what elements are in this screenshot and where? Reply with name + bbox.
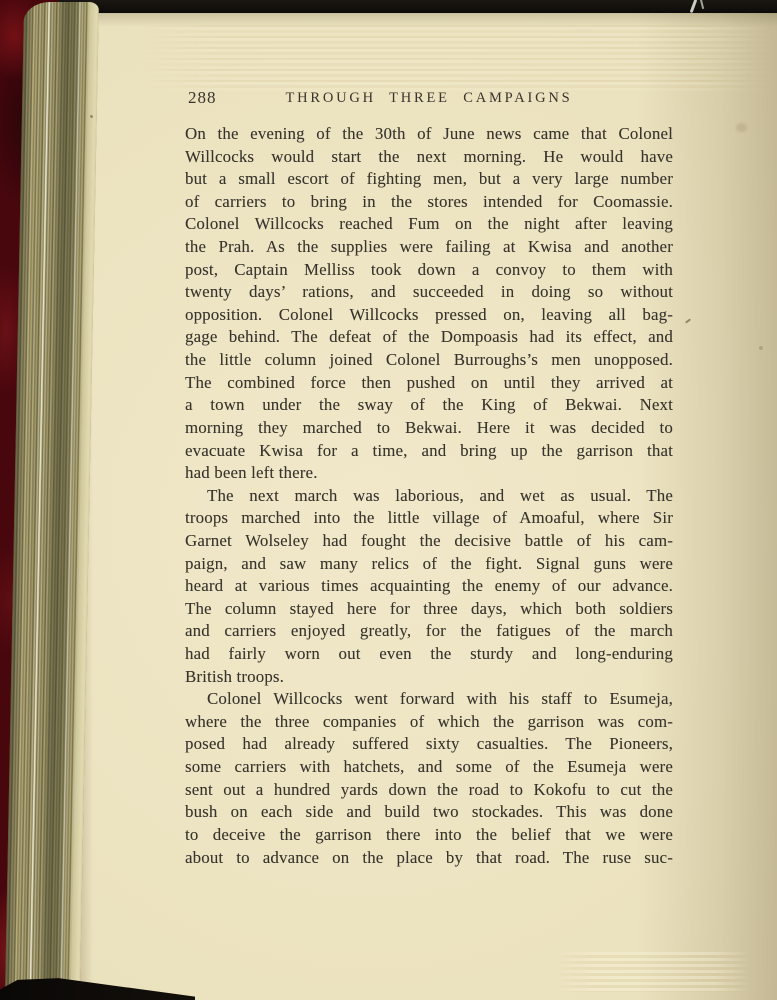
text-line: and carriers enjoyed greatly, for the fa…	[185, 620, 673, 643]
text-line: the Prah. As the supplies were failing a…	[185, 236, 673, 259]
text-line: morning they marched to Bekwai. Here it …	[185, 417, 673, 440]
text-line: Willcocks would start the next morning. …	[185, 146, 673, 169]
text-line: troops marched into the little village o…	[185, 507, 673, 530]
text-line: paign, and saw many relics of the fight.…	[185, 553, 673, 576]
text-line: of carriers to bring in the stores inten…	[185, 191, 673, 214]
text-line: gage behind. The defeat of the Dompoasis…	[185, 326, 673, 349]
text-line: to deceive the garrison there into the b…	[185, 824, 673, 847]
text-line: British troops.	[185, 666, 673, 689]
page-body: On the evening of the 30th of June news …	[185, 123, 673, 869]
text-line: On the evening of the 30th of June news …	[185, 123, 673, 146]
dust-speck	[759, 346, 763, 350]
text-line: the little column joined Colonel Burroug…	[185, 349, 673, 372]
text-line: had been left there.	[185, 462, 673, 485]
text-line: but a small escort of fighting men, but …	[185, 168, 673, 191]
text-line: posed had already suffered sixty casualt…	[185, 733, 673, 756]
text-line: The next march was laborious, and wet as…	[185, 485, 673, 508]
text-line: heard at various times acquainting the e…	[185, 575, 673, 598]
text-line: sent out a hundred yards down the road t…	[185, 779, 673, 802]
text-line: Colonel Willcocks reached Fum on the nig…	[185, 213, 673, 236]
text-line: about to advance on the place by that ro…	[185, 847, 673, 870]
text-line: Garnet Wolseley had fought the decisive …	[185, 530, 673, 553]
text-line: The combined force then pushed on until …	[185, 372, 673, 395]
text-line: The column stayed here for three days, w…	[185, 598, 673, 621]
text-line: where the three companies of which the g…	[185, 711, 673, 734]
text-line: twenty days’ rations, and succeeded in d…	[185, 281, 673, 304]
top-gutter-shadow	[58, 0, 777, 13]
text-line: Colonel Willcocks went forward with his …	[185, 688, 673, 711]
text-line: had fairly worn out even the sturdy and …	[185, 643, 673, 666]
text-line: evacuate Kwisa for a time, and bring up …	[185, 440, 673, 463]
dust-speck	[90, 115, 93, 118]
scanned-book-photo: 288 THROUGH THREE CAMPAIGNS On the eveni…	[0, 0, 777, 1000]
text-line: post, Captain Melliss took down a convoy…	[185, 259, 673, 282]
text-line: opposition. Colonel Willcocks pressed on…	[185, 304, 673, 327]
paper-streaks-bottom	[556, 952, 751, 992]
paper-streaks-top	[140, 25, 772, 91]
text-line: a town under the sway of the King of Bek…	[185, 394, 673, 417]
text-line: bush on each side and build two stockade…	[185, 801, 673, 824]
page-header: 288 THROUGH THREE CAMPAIGNS	[185, 88, 673, 110]
dust-speck	[736, 123, 747, 132]
text-line: some carriers with hatchets, and some of…	[185, 756, 673, 779]
running-title: THROUGH THREE CAMPAIGNS	[185, 90, 673, 107]
